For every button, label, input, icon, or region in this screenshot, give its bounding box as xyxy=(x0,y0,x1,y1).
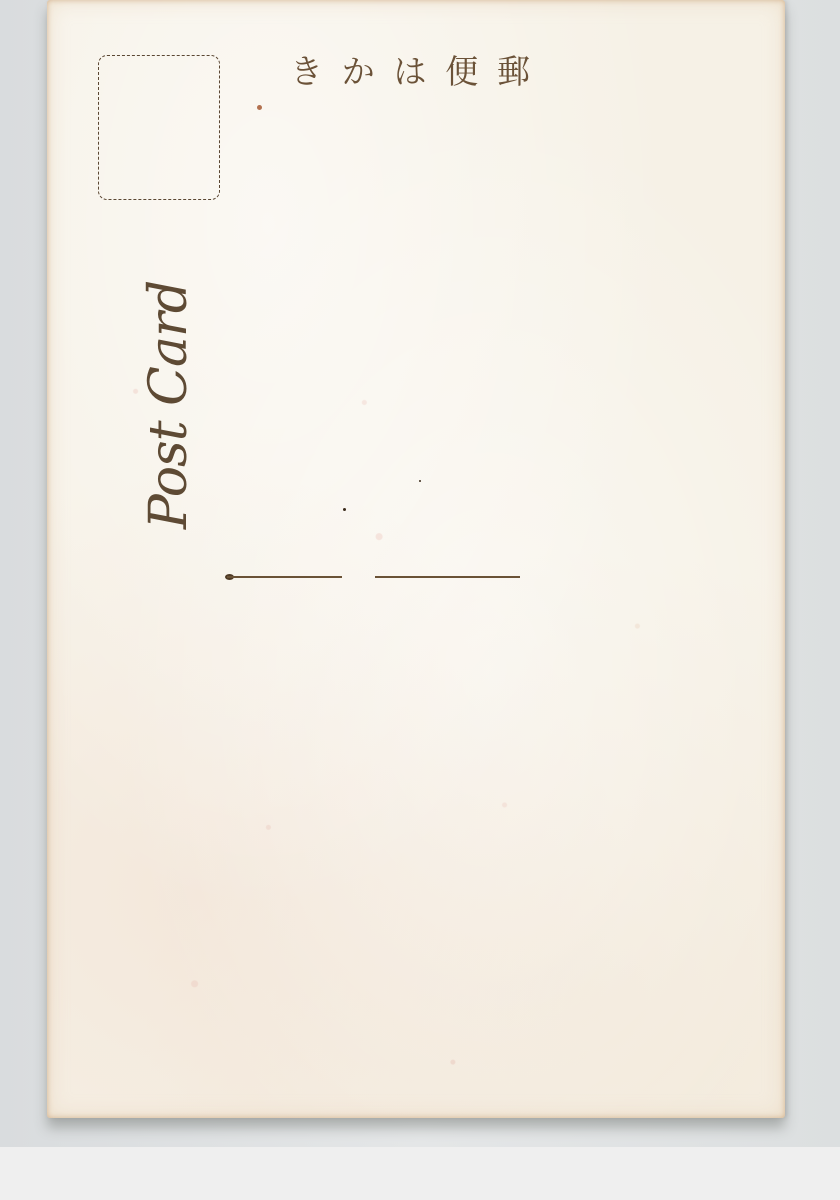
ink-speck xyxy=(343,508,346,511)
post-card-script-title: Post Card xyxy=(134,255,204,555)
postcard-back: き か は 便 郵 Post Card xyxy=(47,0,785,1118)
header-char: か xyxy=(342,46,375,93)
postcard-header-text: き か は 便 郵 xyxy=(290,46,530,92)
header-char: き xyxy=(290,46,323,93)
header-char: は xyxy=(394,46,427,93)
header-char: 便 xyxy=(445,46,478,93)
header-char: 郵 xyxy=(497,46,530,93)
divider-line-left xyxy=(227,576,342,578)
bottom-band xyxy=(0,1147,840,1200)
ink-speck xyxy=(257,105,262,110)
stamp-box xyxy=(98,55,220,200)
ink-speck xyxy=(419,480,421,482)
divider-line-right xyxy=(375,576,520,578)
